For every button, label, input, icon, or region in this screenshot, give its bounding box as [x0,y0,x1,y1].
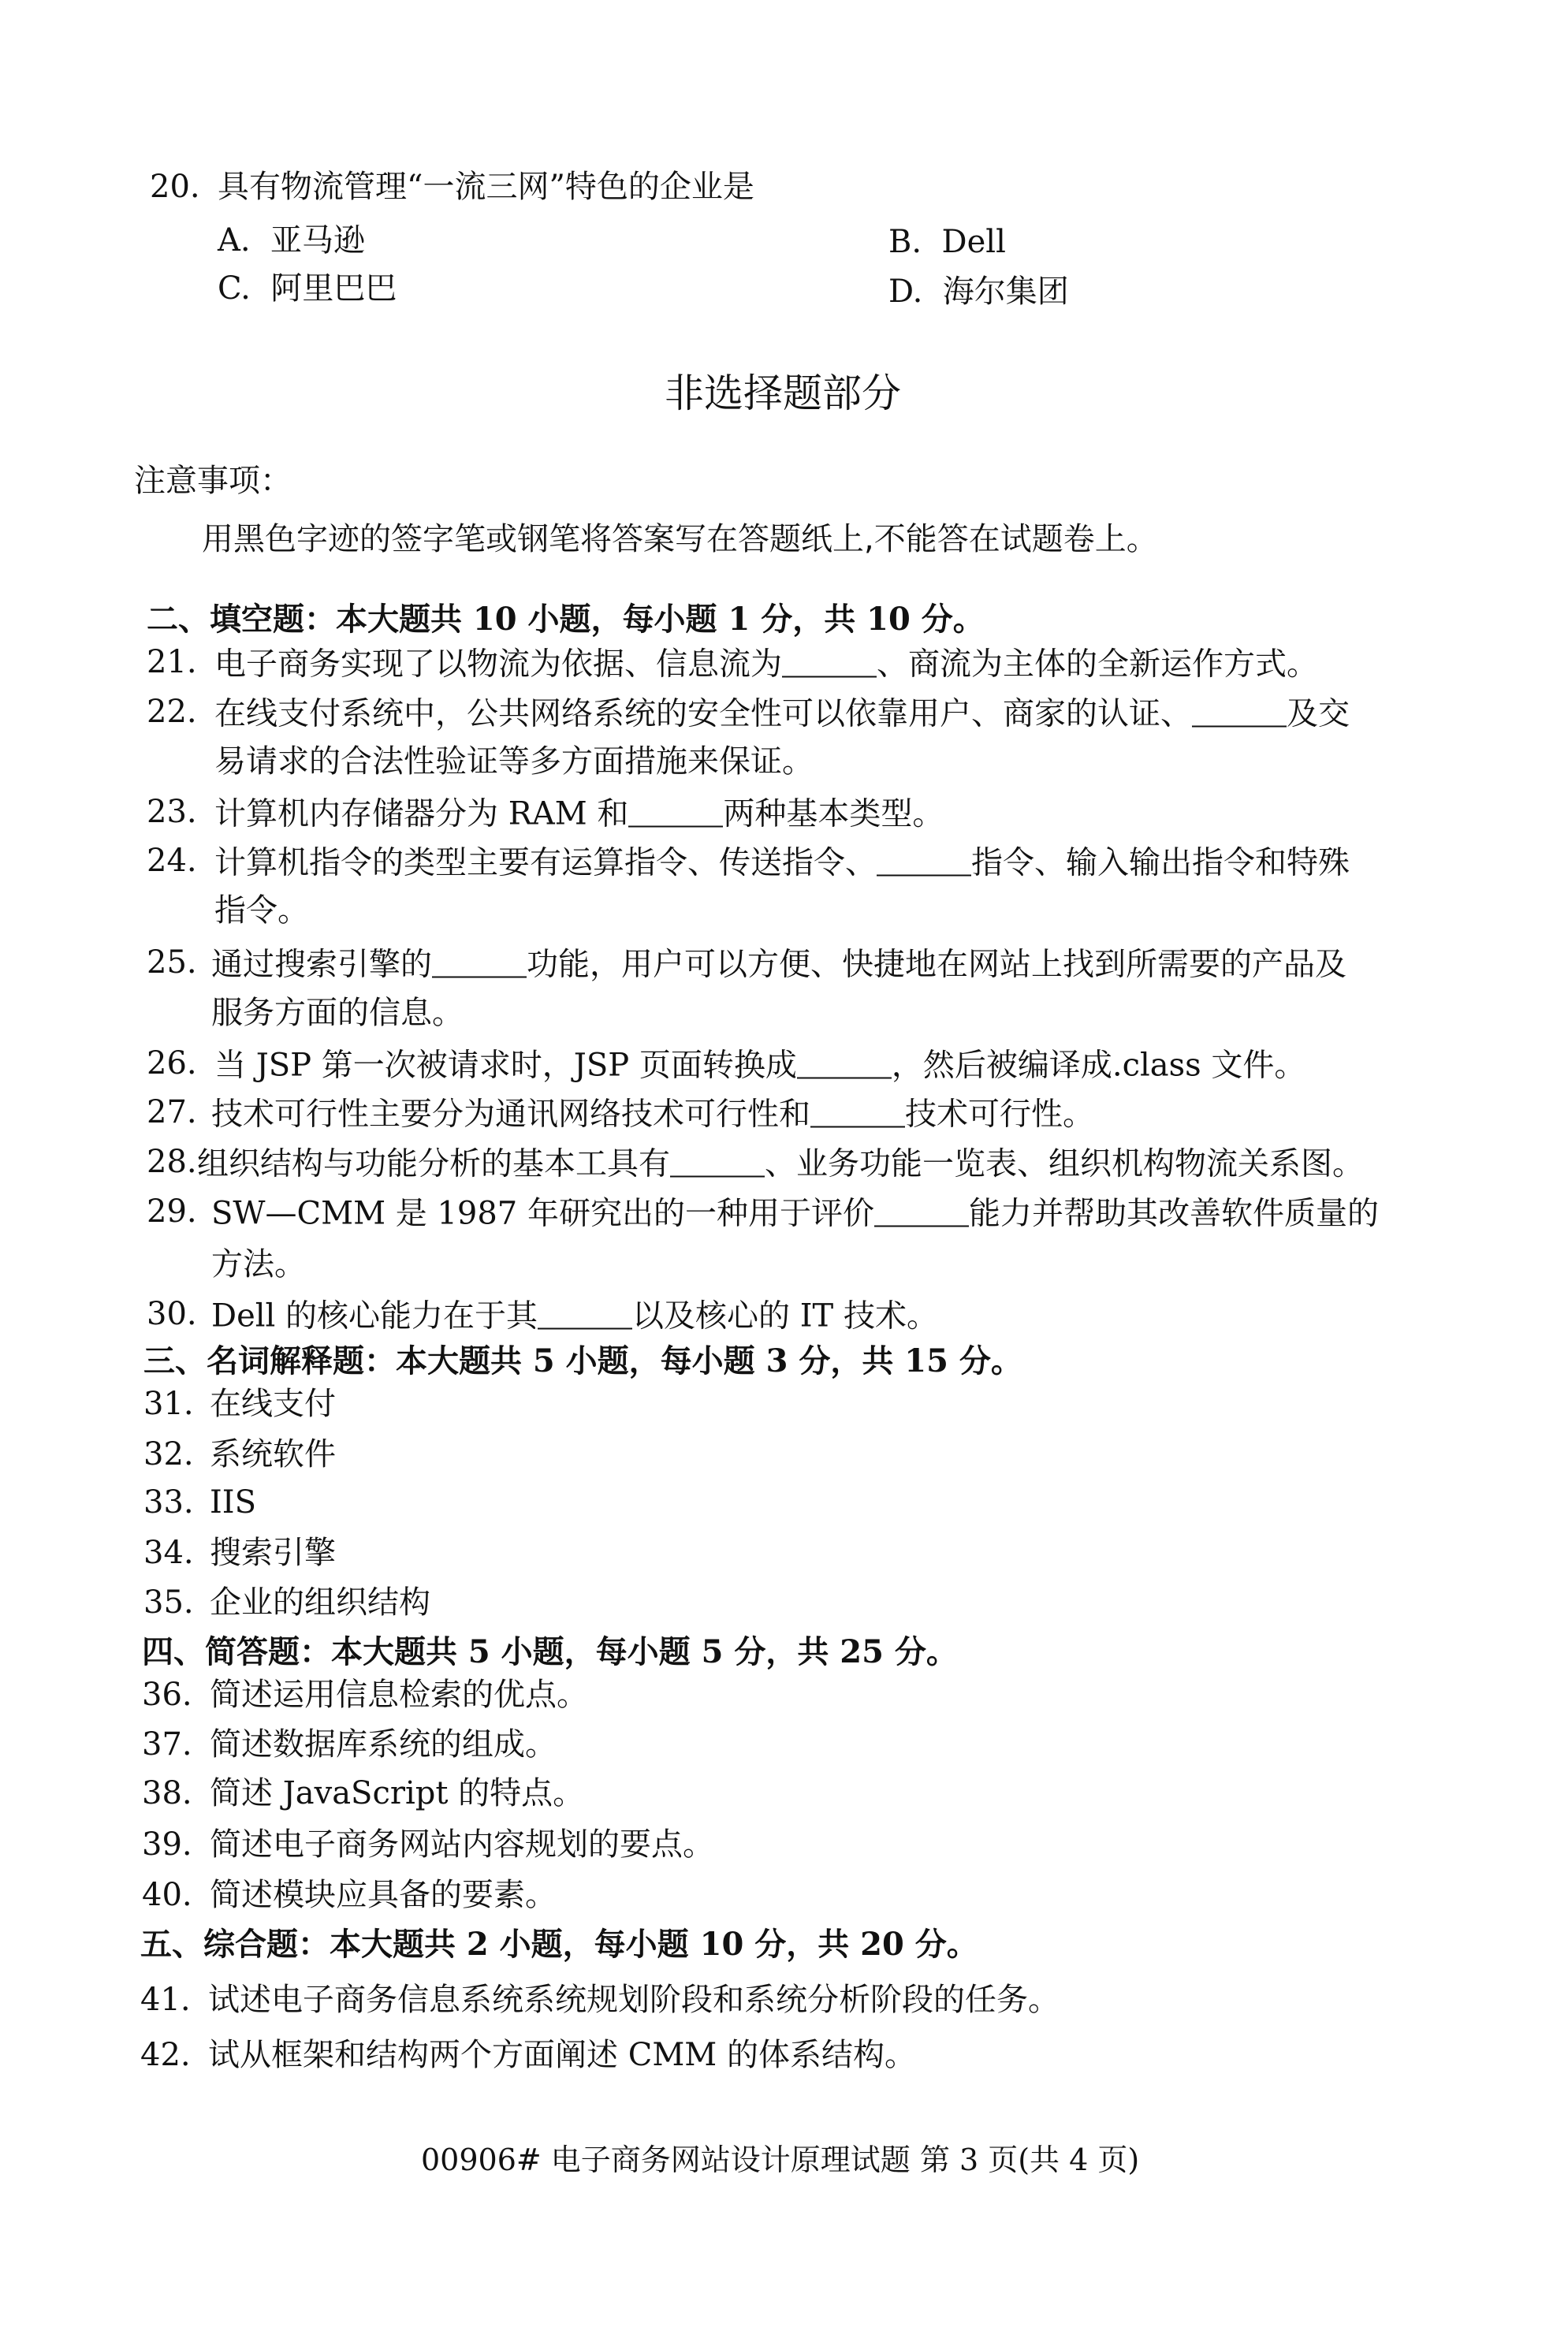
page-footer: 00906# 电子商务网站设计原理试题 第 3 页(共 4 页) [421,2145,1139,2175]
text-segment: 计算机指令的类型主要有运算指令、传送指令、 [214,845,877,881]
question-text: IIS [210,1487,256,1518]
question-text-continued: 方法。 [211,1249,306,1280]
text-segment: 以及核心的 IT 技术。 [632,1298,938,1335]
question-text: 计算机指令的类型主要有运算指令、传送指令、指令、输入输出指令和特殊 [214,843,1350,879]
answer-blank [1192,694,1287,728]
question-text-continued: 易请求的合法性验证等多方面措施来保证。 [214,746,814,777]
question-text: 系统软件 [210,1439,336,1470]
question-number: 39. [142,1829,192,1860]
question-number: 32. [143,1439,194,1470]
question-number: 29. [147,1196,197,1227]
text-segment: 、业务功能一览表、组织机构物流关系图。 [765,1146,1364,1182]
option-key: C. [218,270,251,307]
text-segment: 通过搜索引擎的 [211,947,432,983]
question-text: 在线支付系统中，公共网络系统的安全性可以依靠用户、商家的认证、及交 [214,694,1350,730]
text-segment: 电子商务实现了以物流为依据、信息流为 [214,646,782,683]
text-segment: SW—CMM 是 1987 年研究出的一种用于评价 [211,1196,874,1232]
question-text: 组织结构与功能分析的基本工具有、业务功能一览表、组织机构物流关系图。 [197,1145,1364,1180]
text-segment: 技术可行性主要分为通讯网络技术可行性和 [211,1096,810,1133]
option-d: D. 海尔集团 [888,276,1069,307]
text-segment: Dell 的核心能力在于其 [211,1298,538,1335]
question-number: 22. [147,696,197,728]
option-b: B. Dell [888,226,1006,258]
question-number: 40. [142,1879,192,1911]
notice-title: 注意事项： [134,465,292,497]
question-number: 36. [142,1679,192,1711]
question-number: 38. [142,1778,192,1809]
question-text-continued: 指令。 [214,895,309,926]
text-segment: 两种基本类型。 [723,796,944,832]
answer-blank [628,795,723,828]
question-number: 26. [147,1048,197,1079]
question-text: 企业的组织结构 [210,1587,430,1618]
answer-blank [432,945,527,978]
notice-text: 用黑色字迹的签字笔或钢笔将答案写在答题纸上,不能答在试题卷上。 [202,523,1158,555]
question-text: Dell 的核心能力在于其以及核心的 IT 技术。 [211,1297,938,1332]
option-a: A. 亚马逊 [218,225,365,256]
text-segment: 技术可行性。 [905,1096,1094,1133]
question-stem: 具有物流管理“一流三网”特色的企业是 [218,171,754,203]
question-number: 42. [140,2039,191,2071]
section-heading-term-definitions: 三、名词解释题：本大题共 5 小题，每小题 3 分，共 15 分。 [143,1346,1022,1377]
question-text: 简述数据库系统的组成。 [210,1729,557,1760]
option-text: 阿里巴巴 [270,270,397,307]
part-heading: 非选择题部分 [665,374,901,413]
text-segment: 功能，用户可以方便、快捷地在网站上找到所需要的产品及 [527,947,1346,983]
question-number: 24. [147,845,197,877]
answer-blank [538,1297,632,1330]
answer-blank [877,843,971,877]
answer-blank [797,1046,892,1079]
question-number: 28. [147,1146,197,1178]
answer-blank [810,1095,905,1128]
question-number: 33. [143,1487,194,1518]
question-text: 计算机内存储器分为 RAM 和两种基本类型。 [214,795,944,830]
question-text: 电子商务实现了以物流为依据、信息流为、商流为主体的全新运作方式。 [214,645,1318,680]
text-segment: 及交 [1287,696,1350,732]
question-number: 21. [147,646,197,678]
question-text: 通过搜索引擎的功能，用户可以方便、快捷地在网站上找到所需要的产品及 [211,945,1346,981]
question-text: 在线支付 [210,1388,336,1420]
question-number: 27. [147,1096,197,1128]
question-text: 搜索引擎 [210,1537,336,1569]
section-heading-comprehensive: 五、综合题：本大题共 2 小题，每小题 10 分，共 20 分。 [140,1929,978,1960]
question-text: 试从框架和结构两个方面阐述 CMM 的体系结构。 [208,2039,916,2071]
question-text: 简述 JavaScript 的特点。 [210,1778,584,1809]
option-text: 海尔集团 [943,274,1069,310]
question-number: 25. [147,947,197,978]
question-text-continued: 服务方面的信息。 [211,997,464,1029]
question-number: 20. [150,171,200,203]
section-heading-fill-in: 二、填空题：本大题共 10 小题，每小题 1 分，共 10 分。 [147,604,985,635]
question-text: 简述电子商务网站内容规划的要点。 [210,1829,714,1860]
question-number: 41. [140,1984,191,2016]
text-segment: 能力并帮助其改善软件质量的 [969,1196,1379,1232]
question-number: 31. [143,1388,194,1420]
question-text: 简述模块应具备的要素。 [210,1879,557,1911]
text-segment: 在线支付系统中，公共网络系统的安全性可以依靠用户、商家的认证、 [214,696,1192,732]
option-key: A. [218,222,251,259]
answer-blank [670,1145,765,1178]
question-text: 技术可行性主要分为通讯网络技术可行性和技术可行性。 [211,1095,1094,1130]
text-segment: 组织结构与功能分析的基本工具有 [197,1146,670,1182]
question-number: 30. [147,1298,197,1330]
answer-blank [874,1194,969,1227]
question-number: 37. [142,1729,192,1760]
answer-blank [782,645,877,678]
question-text: 当 JSP 第一次被请求时，JSP 页面转换成，然后被编译成.class 文件。 [214,1046,1305,1082]
text-segment: 指令、输入输出指令和特殊 [971,845,1350,881]
text-segment: 计算机内存储器分为 RAM 和 [214,796,628,832]
question-number: 35. [143,1587,194,1618]
section-heading-short-answer: 四、简答题：本大题共 5 小题，每小题 5 分，共 25 分。 [142,1636,958,1668]
question-number: 34. [143,1537,194,1569]
text-segment: 、商流为主体的全新运作方式。 [877,646,1318,683]
question-number: 23. [147,796,197,828]
text-segment: ，然后被编译成.class 文件。 [892,1048,1306,1084]
question-text: 简述运用信息检索的优点。 [210,1679,588,1711]
question-text: 试述电子商务信息系统系统规划阶段和系统分析阶段的任务。 [208,1984,1060,2016]
option-c: C. 阿里巴巴 [218,273,397,304]
option-key: B. [888,224,922,260]
option-key: D. [888,274,922,310]
text-segment: 当 JSP 第一次被请求时，JSP 页面转换成 [214,1048,797,1084]
question-text: SW—CMM 是 1987 年研究出的一种用于评价能力并帮助其改善软件质量的 [211,1194,1379,1230]
option-text: Dell [942,224,1006,260]
option-text: 亚马逊 [270,222,365,259]
